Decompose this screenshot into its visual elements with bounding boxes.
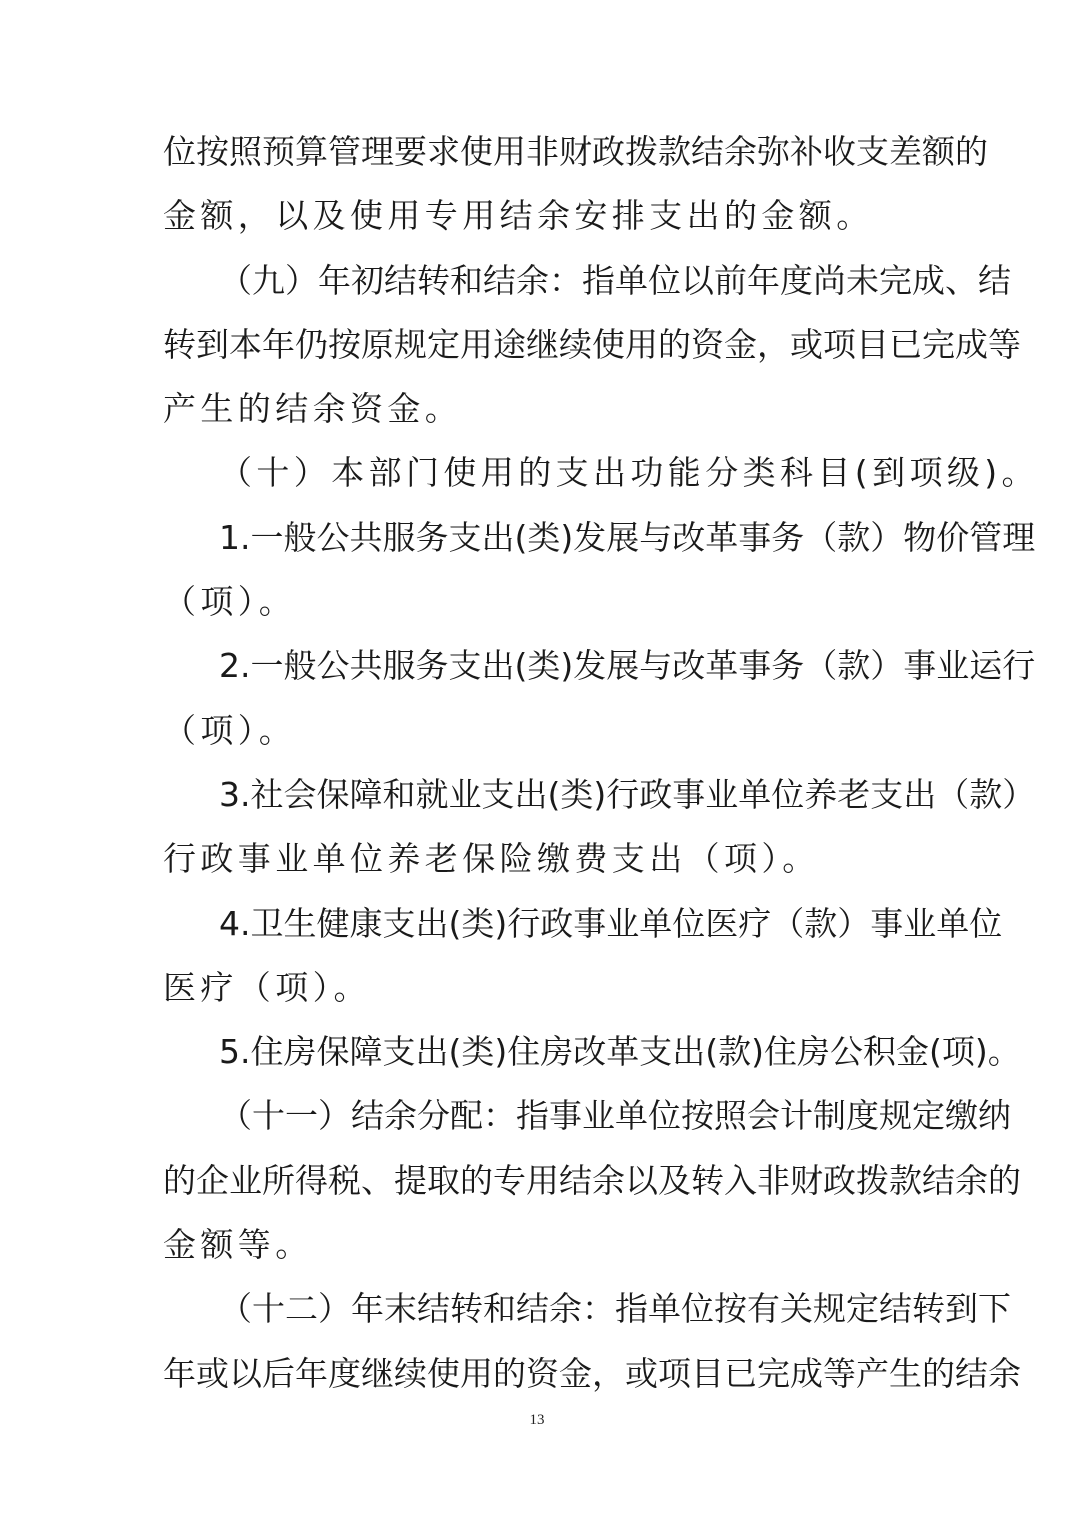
section-11-heading-line: （十一）结余分配：指事业单位按照会计制度规定缴纳 <box>163 1092 915 1156</box>
list-item-3-line-2: 行政事业单位养老保险缴费支出（项）。 <box>163 835 915 899</box>
section-10-heading-line: （十）本部门使用的支出功能分类科目(到项级)。 <box>163 449 915 513</box>
section-12-heading-line: （十二）年末结转和结余：指单位按有关规定结转到下 <box>163 1285 915 1349</box>
document-body: 位按照预算管理要求使用非财政拨款结余弥补收支差额的 金额，以及使用专用结余安排支… <box>163 128 915 1414</box>
document-page: 位按照预算管理要求使用非财政拨款结余弥补收支差额的 金额，以及使用专用结余安排支… <box>0 0 1074 1520</box>
text-line-5: 产生的结余资金。 <box>163 385 915 449</box>
text-line-1: 位按照预算管理要求使用非财政拨款结余弥补收支差额的 <box>163 128 915 192</box>
list-item-2-line-2: （项）。 <box>163 707 915 771</box>
list-item-2-line-1: 2.一般公共服务支出(类)发展与改革事务（款）事业运行 <box>163 642 915 706</box>
text-line-17: 的企业所得税、提取的专用结余以及转入非财政拨款结余的 <box>163 1157 915 1221</box>
list-item-1-line-2: （项）。 <box>163 578 915 642</box>
list-item-1-line-1: 1.一般公共服务支出(类)发展与改革事务（款）物价管理 <box>163 514 915 578</box>
text-line-2: 金额，以及使用专用结余安排支出的金额。 <box>163 192 915 256</box>
list-item-4-line-1: 4.卫生健康支出(类)行政事业单位医疗（款）事业单位 <box>163 900 915 964</box>
list-item-3-line-1: 3.社会保障和就业支出(类)行政事业单位养老支出（款） <box>163 771 915 835</box>
section-9-heading-line: （九）年初结转和结余：指单位以前年度尚未完成、结 <box>163 257 915 321</box>
list-item-5-line-1: 5.住房保障支出(类)住房改革支出(款)住房公积金(项)。 <box>163 1028 915 1092</box>
page-number: 13 <box>0 1412 1074 1429</box>
text-line-4: 转到本年仍按原规定用途继续使用的资金，或项目已完成等 <box>163 321 915 385</box>
text-line-18: 金额等。 <box>163 1221 915 1285</box>
list-item-4-line-2: 医疗（项）。 <box>163 964 915 1028</box>
text-line-20: 年或以后年度继续使用的资金，或项目已完成等产生的结余 <box>163 1350 915 1414</box>
